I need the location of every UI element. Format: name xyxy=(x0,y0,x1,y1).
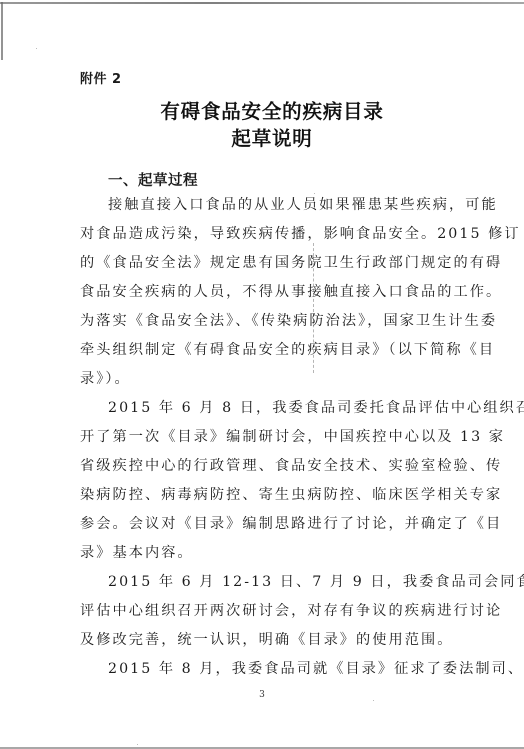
scan-edge-left xyxy=(1,2,3,60)
paragraph-2-line-5: 参会。会议对《目录》编制思路进行了讨论，并确定了《目 xyxy=(80,515,450,533)
paragraph-1-line-4: 食品安全疾病的人员，不得从事接触直接入口食品的工作。 xyxy=(80,283,450,301)
document-page: 附件 2 有碍食品安全的疾病目录 起草说明 一、起草过程 接触直接入口食品的从业… xyxy=(0,0,524,749)
paragraph-1-line-2: 对食品造成污染，导致疾病传播，影响食品安全。2015 修订 xyxy=(80,225,450,243)
scan-speck xyxy=(373,700,374,701)
section-heading: 一、起草过程 xyxy=(108,169,198,190)
paragraph-2-line-1: 2015 年 6 月 8 日，我委食品司委托食品评估中心组织召 xyxy=(108,399,450,417)
paragraph-2-line-4: 染病防控、病毒病防控、寄生虫病防控、临床医学相关专家 xyxy=(80,486,450,504)
paragraph-2-line-6: 录》基本内容。 xyxy=(80,544,450,562)
document-title-line1: 有碍食品安全的疾病目录 xyxy=(10,96,524,124)
scan-edge-top xyxy=(0,2,524,4)
paragraph-3-line-2: 评估中心组织召开两次研讨会，对存有争议的疾病进行讨论 xyxy=(80,602,450,620)
paragraph-1-line-1: 接触直接入口食品的从业人员如果罹患某些疾病，可能 xyxy=(108,196,450,214)
paragraph-1-line-3: 的《食品安全法》规定患有国务院卫生行政部门规定的有碍 xyxy=(80,254,450,272)
paragraph-2-line-2: 开了第一次《目录》编制研讨会，中国疾控中心以及 13 家 xyxy=(80,428,450,446)
attachment-label: 附件 2 xyxy=(80,68,122,87)
paragraph-3-line-3: 及修改完善，统一认识，明确《目录》的使用范围。 xyxy=(80,631,450,649)
paragraph-1-line-5: 为落实《食品安全法》、《传染病防治法》，国家卫生计生委 xyxy=(80,312,450,330)
paragraph-3-line-1: 2015 年 6 月 12-13 日、7 月 9 日，我委食品司会同食品 xyxy=(108,573,450,591)
scan-speck xyxy=(137,744,138,745)
document-title-line2: 起草说明 xyxy=(10,123,524,151)
paragraph-1-line-7: 录》）。 xyxy=(80,370,450,388)
scan-speck xyxy=(36,48,37,49)
paragraph-2-line-3: 省级疾控中心的行政管理、食品安全技术、实验室检验、传 xyxy=(80,457,450,475)
page-number: 3 xyxy=(0,690,524,700)
scan-speck xyxy=(314,193,315,194)
paragraph-1-line-6: 牵头组织制定《有碍食品安全的疾病目录》（以下简称《目 xyxy=(80,341,450,359)
paragraph-4-line-1: 2015 年 8 月，我委食品司就《目录》征求了委法制司、 xyxy=(108,660,450,678)
